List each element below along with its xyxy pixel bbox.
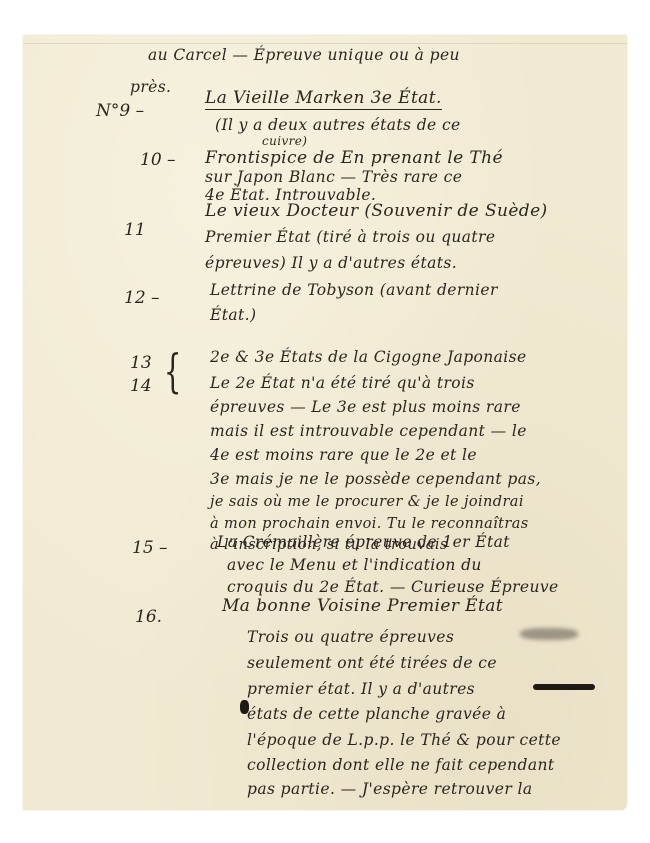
item-10-title: Frontispice de En prenant le Thé [205, 150, 503, 167]
item-number-10: 10 – [140, 152, 176, 169]
line-16: épreuves — Le 3e est plus moins rare [210, 400, 521, 416]
item-13-14-title: 2e & 3e États de la Cigogne Japonaise [210, 350, 527, 366]
item-16-title: Ma bonne Voisine Premier État [222, 598, 503, 615]
line-33: pas partie. — J'espère retrouver la [247, 782, 532, 798]
line-31: l'époque de L.p.p. le Thé & pour cette [247, 733, 561, 749]
item-15-title: La Crémaillère épreuve de 1er État [217, 535, 510, 551]
line-21: à mon prochain envoi. Tu le reconnaîtras [210, 517, 529, 532]
item-12-title: Lettrine de Tobyson (avant dernier [210, 283, 498, 299]
item-11-title: Le vieux Docteur (Souvenir de Suède) [205, 203, 548, 220]
line-7: sur Japon Blanc — Très rare ce [205, 170, 462, 186]
line-14: 2e & 3e États de la Cigogne Japonaise [210, 348, 527, 366]
crossed-out-word [520, 628, 578, 640]
item-number-14: 14 [130, 378, 152, 395]
item-number-15: 15 – [132, 540, 168, 557]
line-18: 4e est moins rare que le 2e et le [210, 448, 477, 464]
line-24: avec le Menu et l'indication du [227, 558, 482, 574]
line-5: cuivre) [262, 135, 307, 147]
item-number-13: 13 [130, 355, 152, 372]
line-28: seulement ont été tirées de ce [247, 656, 497, 672]
line-11: épreuves) Il y a d'autres états. [205, 256, 457, 272]
item-number-16: 16. [135, 609, 162, 626]
line-25: croquis du 2e État. — Curieuse Épreuve [227, 580, 559, 596]
ink-blot [240, 700, 249, 714]
line-29: premier état. Il y a d'autres [247, 682, 475, 698]
line-27: Trois ou quatre épreuves [247, 630, 454, 646]
line-1: au Carcel — Épreuve unique ou à peu [148, 48, 460, 64]
strike-blot [533, 684, 595, 690]
item-number-9: N°9 – [96, 103, 144, 120]
paper-crease [23, 43, 627, 44]
line-13: État.) [210, 308, 256, 324]
line-2: près. [130, 80, 171, 96]
item-9-title-underlined: La Vieille Marken 3e État. [205, 88, 442, 110]
line-20: je sais où me le procurer & je le joindr… [210, 495, 524, 510]
line-17: mais il est introuvable cependant — le [210, 424, 527, 440]
line-4: (Il y a deux autres états de ce [215, 118, 461, 134]
line-32: collection dont elle ne fait cependant [247, 758, 554, 774]
item-number-12: 12 – [124, 290, 160, 307]
brace-13-14: { [164, 348, 182, 394]
line-15: Le 2e État n'a été tiré qu'à trois [210, 376, 475, 392]
line-30: états de cette planche gravée à [247, 707, 506, 723]
item-number-11: 11 [124, 222, 146, 239]
item-9-title: La Vieille Marken 3e État. [205, 90, 442, 107]
line-10: Premier État (tiré à trois ou quatre [205, 230, 495, 246]
line-19: 3e mais je ne le possède cependant pas, [210, 472, 541, 488]
